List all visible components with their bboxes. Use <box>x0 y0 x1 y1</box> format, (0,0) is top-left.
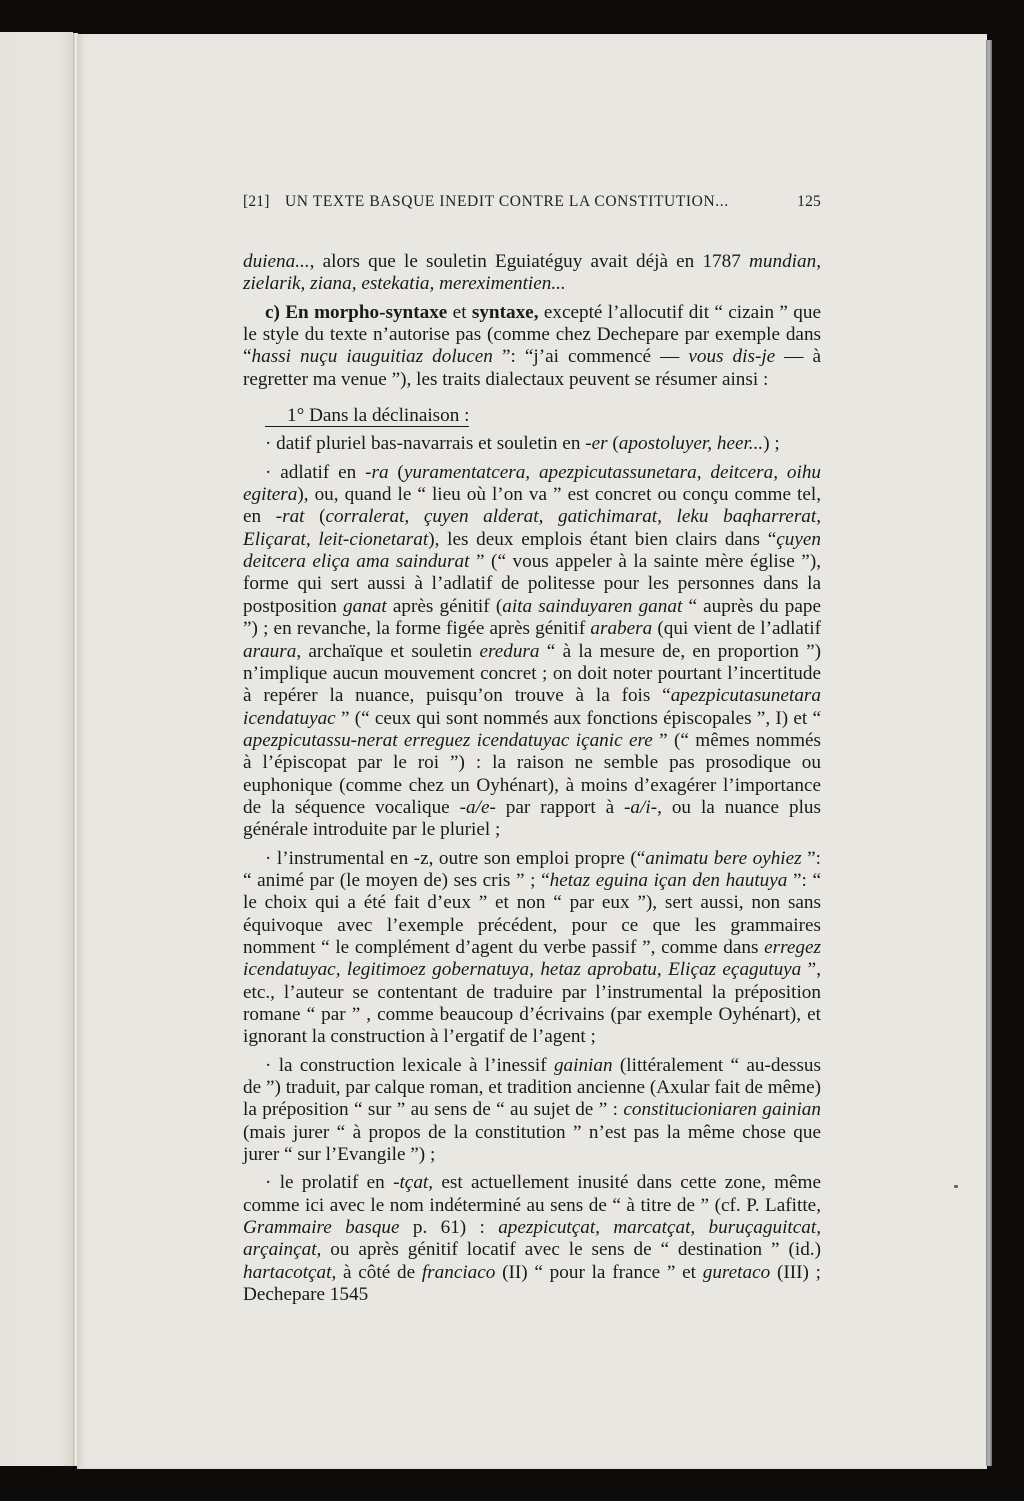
text-run: p. 61) : <box>400 1217 499 1238</box>
text-run: après génitif ( <box>387 596 503 617</box>
italic-term: -er <box>585 433 607 454</box>
italic-term: -ra <box>365 462 388 483</box>
list-item-inessif: · la construction lexicale à l’inessif g… <box>243 1055 821 1167</box>
text-run: ou après génitif locatif avec le sens de… <box>321 1239 821 1260</box>
italic-term: -tçat <box>393 1172 428 1193</box>
italic-term: eredura <box>479 641 539 662</box>
bold-term: syntaxe, <box>472 302 539 323</box>
italic-term: guretaco <box>703 1262 771 1283</box>
italic-term: vous dis-je <box>688 346 775 367</box>
text-run: ” (“ ceux qui sont nommés aux fonctions … <box>341 708 821 729</box>
text-run: ( <box>389 462 404 483</box>
italic-term: arabera <box>590 618 652 639</box>
section-heading-declinaison: 1° Dans la déclinaison : <box>243 405 821 427</box>
section-number: [21] <box>243 193 270 211</box>
text-run: · adlatif en <box>265 462 365 483</box>
text-run: (qui vient de l’adlatif <box>652 618 821 639</box>
text-run: (mais jurer “ à propos de la constitutio… <box>243 1122 821 1165</box>
italic-term: animatu bere oyhiez <box>645 848 807 869</box>
bold-term: c) En morpho-syntaxe <box>265 302 447 323</box>
text-run: (II) “ pour la france ” et <box>495 1262 702 1283</box>
italic-term: gainian <box>554 1055 613 1076</box>
section-heading: 1° Dans la déclinaison : <box>265 406 469 427</box>
italic-term: -a/e- <box>460 797 496 818</box>
italic-term: ganat <box>343 596 387 617</box>
paragraph-morpho-syntaxe: c) En morpho-syntaxe et syntaxe, excepté… <box>243 302 821 391</box>
margin-smudge <box>954 1185 958 1188</box>
text-run: · le prolatif en <box>265 1172 393 1193</box>
text-run: ( <box>608 433 619 454</box>
italic-term: -a/i- <box>624 797 657 818</box>
italic-term: constitucioniaren gainian <box>623 1099 821 1120</box>
list-item-prolatif: · le prolatif en -tçat, est actuellement… <box>243 1172 821 1306</box>
italic-term: -rat <box>276 506 305 527</box>
text-run: , archaïque et souletin <box>296 641 479 662</box>
text-run: ), les deux emplois étant bien clairs da… <box>428 529 776 550</box>
italic-term: hartacotçat <box>243 1262 331 1283</box>
text-run: , à côté de <box>331 1262 421 1283</box>
italic-term: Grammaire basque <box>243 1217 400 1238</box>
italic-term: apostoluyer, heer... <box>619 433 763 454</box>
running-title: UN TEXTE BASQUE INEDIT CONTRE LA CONSTIT… <box>285 193 729 211</box>
paragraph: duiena..., alors que le souletin Eguiaté… <box>243 251 821 296</box>
page-number: 125 <box>797 193 821 211</box>
list-item-datif: · datif pluriel bas-navarrais et souleti… <box>243 433 821 455</box>
italic-term: apezpicutassu-nerat erreguez icendatuyac… <box>243 730 659 751</box>
left-page-edge <box>0 32 73 1466</box>
italic-term: franciaco <box>422 1262 496 1283</box>
text-run: par rapport à <box>496 797 624 818</box>
text-run: ( <box>305 506 326 527</box>
text-run: · l’instrumental en -z, outre son emploi… <box>265 848 645 869</box>
text-run: · la construction lexicale à l’inessif <box>265 1055 554 1076</box>
text-run: · datif pluriel bas-navarrais et souleti… <box>265 433 585 454</box>
running-header: [21] UN TEXTE BASQUE INEDIT CONTRE LA CO… <box>243 193 821 217</box>
text-run: ”: “j’ai commencé — <box>502 346 688 367</box>
text-run: ) ; <box>763 433 780 454</box>
italic-term: araura <box>243 641 296 662</box>
body-text: duiena..., alors que le souletin Eguiaté… <box>243 251 821 1306</box>
italic-term: duiena... <box>243 251 310 272</box>
text-run: et <box>447 302 472 323</box>
page-edge-stack <box>986 40 992 1466</box>
list-item-instrumental: · l’instrumental en -z, outre son emploi… <box>243 848 821 1049</box>
italic-term: hassi nuçu iauguitiaz dolucen <box>252 346 502 367</box>
text-run: , alors que le souletin Eguiatéguy avait… <box>310 251 749 272</box>
italic-term: hetaz eguina içan den hautuya <box>550 870 793 891</box>
italic-term: aita sainduyaren ganat <box>502 596 682 617</box>
list-item-adlatif: · adlatif en -ra (yuramentatcera, apezpi… <box>243 462 821 842</box>
